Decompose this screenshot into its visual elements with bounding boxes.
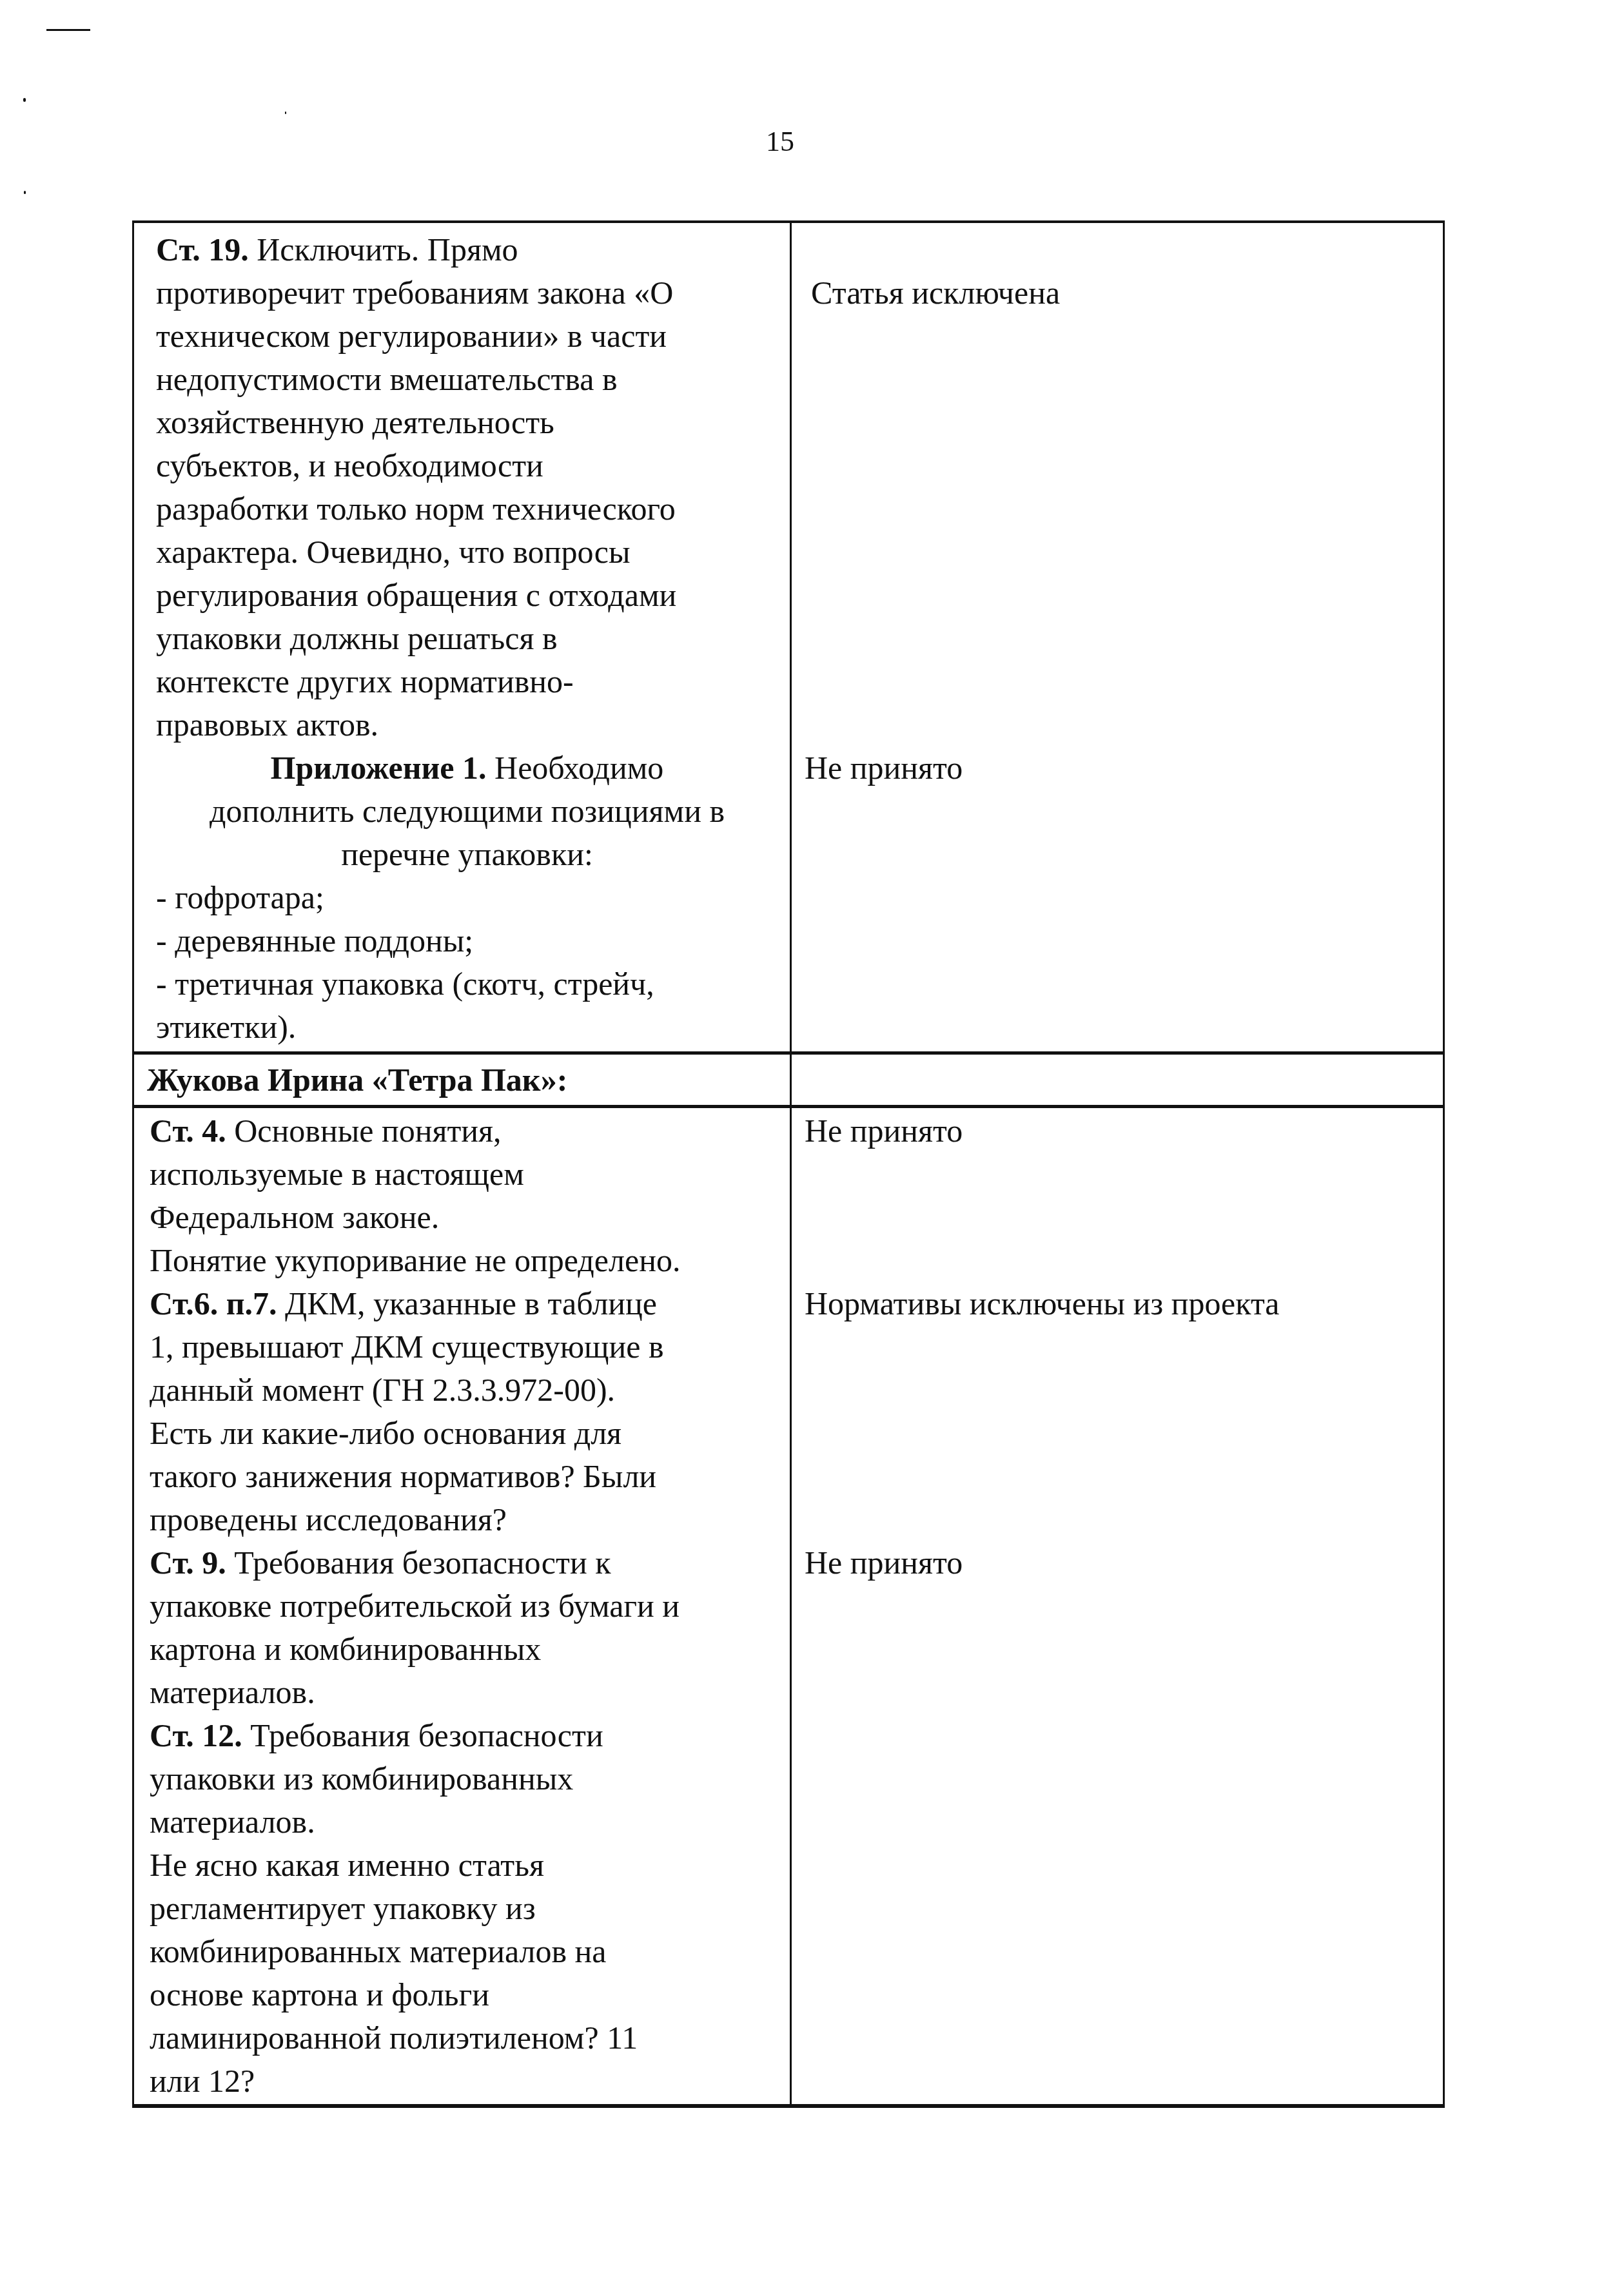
response-text: Нормативы исключены из проекта	[805, 1282, 1280, 1325]
comment-line: субъектов, и необходимости	[156, 444, 778, 487]
comments-table: Ст. 19. Исключить. Прямо противоречит тр…	[132, 220, 1445, 2108]
article-label: Ст. 9.	[150, 1545, 226, 1581]
comment-line: противоречит требованиям закона «О	[156, 271, 778, 315]
comment-line: 1, превышают ДКМ существующие в	[150, 1325, 778, 1369]
comment-line: техническом регулировании» в части	[156, 315, 778, 358]
article-label: Ст. 19.	[156, 231, 249, 268]
table-row: Ст. 4. Основные понятия, используемые в …	[132, 1105, 1445, 2108]
comment-line: ламинированной полиэтиленом? 11	[150, 2016, 778, 2060]
scan-artifact-dot	[285, 112, 286, 114]
comment-line: Ст.6. п.7. ДКМ, указанные в таблице	[150, 1282, 778, 1325]
comment-line: регламентирует упаковку из	[150, 1887, 778, 1930]
scan-artifact-dot	[23, 98, 26, 102]
comment-line: материалов.	[150, 1671, 778, 1714]
scan-artifact-rule	[46, 29, 90, 31]
list-item: - третичная упаковка (скотч, стрейч,	[156, 962, 778, 1006]
comment-line: данный момент (ГН 2.3.3.972-00).	[150, 1369, 778, 1412]
comment-line: основе картона и фольги	[150, 1973, 778, 2016]
comment-line: упаковки из комбинированных	[150, 1757, 778, 1800]
list-item: - деревянные поддоны;	[156, 919, 778, 962]
comment-line: такого занижения нормативов? Были	[150, 1455, 778, 1498]
comment-line: Ст. 4. Основные понятия,	[150, 1109, 778, 1153]
scan-artifact-dot	[24, 191, 26, 194]
comment-line: используемые в настоящем	[150, 1153, 778, 1196]
comment-cell: Ст. 19. Исключить. Прямо противоречит тр…	[134, 223, 792, 1051]
comment-line: упаковке потребительской из бумаги и	[150, 1584, 778, 1628]
comment-line: материалов.	[150, 1800, 778, 1844]
response-text: Не принято	[805, 746, 963, 790]
comment-line: Приложение 1. Необходимо	[156, 746, 778, 790]
empty-cell	[792, 1055, 1443, 1105]
comment-line: контексте других нормативно-	[156, 660, 778, 703]
comment-line: Федеральном законе.	[150, 1196, 778, 1239]
appendix-label: Приложение 1.	[271, 750, 487, 786]
comment-line: Есть ли какие-либо основания для	[150, 1412, 778, 1455]
comment-line: характера. Очевидно, что вопросы	[156, 531, 778, 574]
table-row: Жукова Ирина «Тетра Пак»:	[132, 1051, 1445, 1105]
comment-line: упаковки должны решаться в	[156, 617, 778, 660]
comment-cell: Ст. 4. Основные понятия, используемые в …	[134, 1108, 792, 2104]
comment-line: перечне упаковки:	[156, 833, 778, 876]
comment-line: Ст. 19. Исключить. Прямо	[156, 228, 778, 271]
list-item: этикетки).	[156, 1006, 778, 1049]
response-text: Не принято	[805, 1109, 963, 1153]
comment-line: регулирования обращения с отходами	[156, 574, 778, 617]
section-header: Жукова Ирина «Тетра Пак»:	[134, 1055, 792, 1105]
response-cell: Статья исключена Не принято	[792, 223, 1443, 1051]
table-row: Ст. 19. Исключить. Прямо противоречит тр…	[132, 220, 1445, 1051]
list-item: - гофротара;	[156, 876, 778, 919]
article-label: Ст. 4.	[150, 1113, 226, 1149]
response-text: Не принято	[805, 1541, 963, 1584]
page-number: 15	[748, 128, 812, 156]
comment-line: картона и комбинированных	[150, 1628, 778, 1671]
comment-line: или 12?	[150, 2060, 778, 2103]
response-cell: Не принято Нормативы исключены из проект…	[792, 1108, 1443, 2104]
comment-line: хозяйственную деятельность	[156, 401, 778, 444]
response-text: Статья исключена	[811, 271, 1060, 315]
comment-line: Не ясно какая именно статья	[150, 1844, 778, 1887]
comment-line: разработки только норм технического	[156, 487, 778, 531]
comment-line: Ст. 12. Требования безопасности	[150, 1714, 778, 1757]
comment-line: правовых актов.	[156, 703, 778, 746]
comment-line: проведены исследования?	[150, 1498, 778, 1541]
comment-line: Ст. 9. Требования безопасности к	[150, 1541, 778, 1584]
comment-line: дополнить следующими позициями в	[156, 790, 778, 833]
article-label: Ст. 12.	[150, 1717, 242, 1753]
comment-line: недопустимости вмешательства в	[156, 358, 778, 401]
comment-line: Понятие укупоривание не определено.	[150, 1239, 778, 1282]
comment-line: комбинированных материалов на	[150, 1930, 778, 1973]
article-label: Ст.6. п.7.	[150, 1285, 277, 1321]
